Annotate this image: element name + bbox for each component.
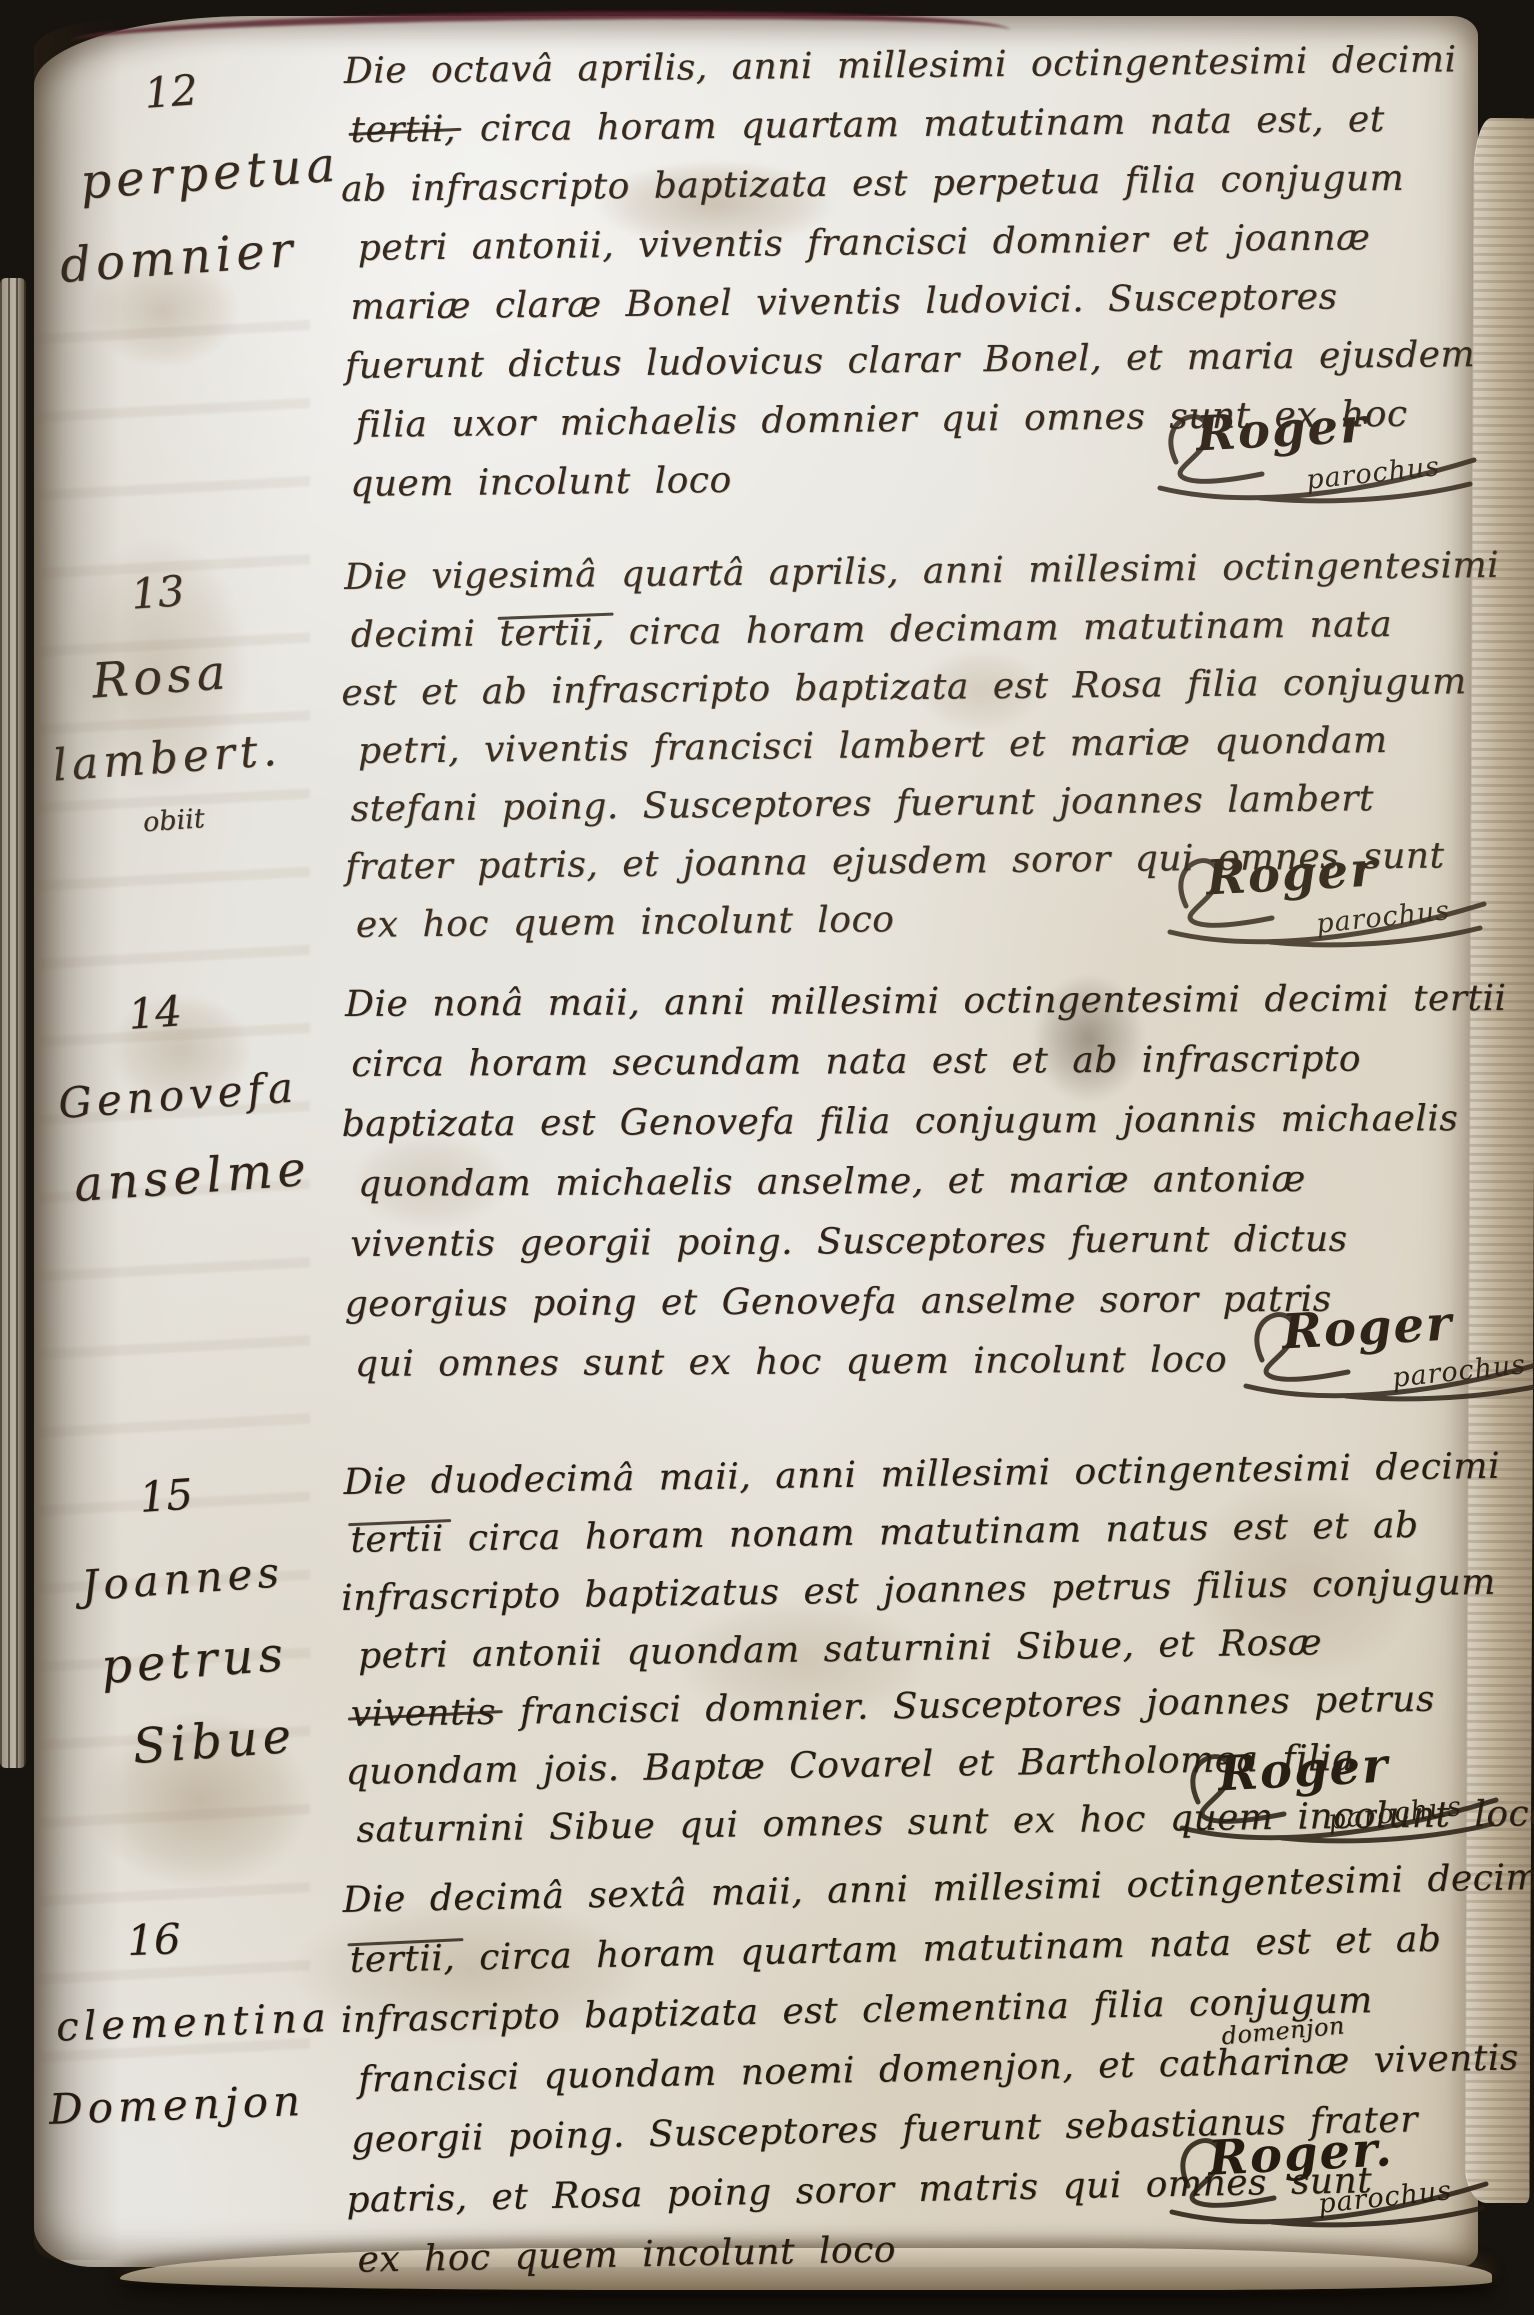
entry-name-line: clementina bbox=[55, 1977, 340, 2069]
entry-number: 16 bbox=[126, 1891, 337, 1984]
baptism-entry-16: 16 clementina Domenjon Die decimâ sextâ … bbox=[0, 0, 1534, 2315]
manuscript-photo: 12 perpetua domnier Die octavâ aprilis, … bbox=[0, 0, 1534, 2315]
signature-block: Roger. parochus bbox=[1152, 2122, 1492, 2247]
priest-signature: Roger. bbox=[1207, 2121, 1395, 2187]
interlinear-insertion: domenjon bbox=[1219, 1996, 1347, 2067]
margin-annotation: 16 clementina Domenjon bbox=[34, 1891, 343, 2151]
entry-name-line: Domenjon bbox=[48, 2059, 343, 2151]
